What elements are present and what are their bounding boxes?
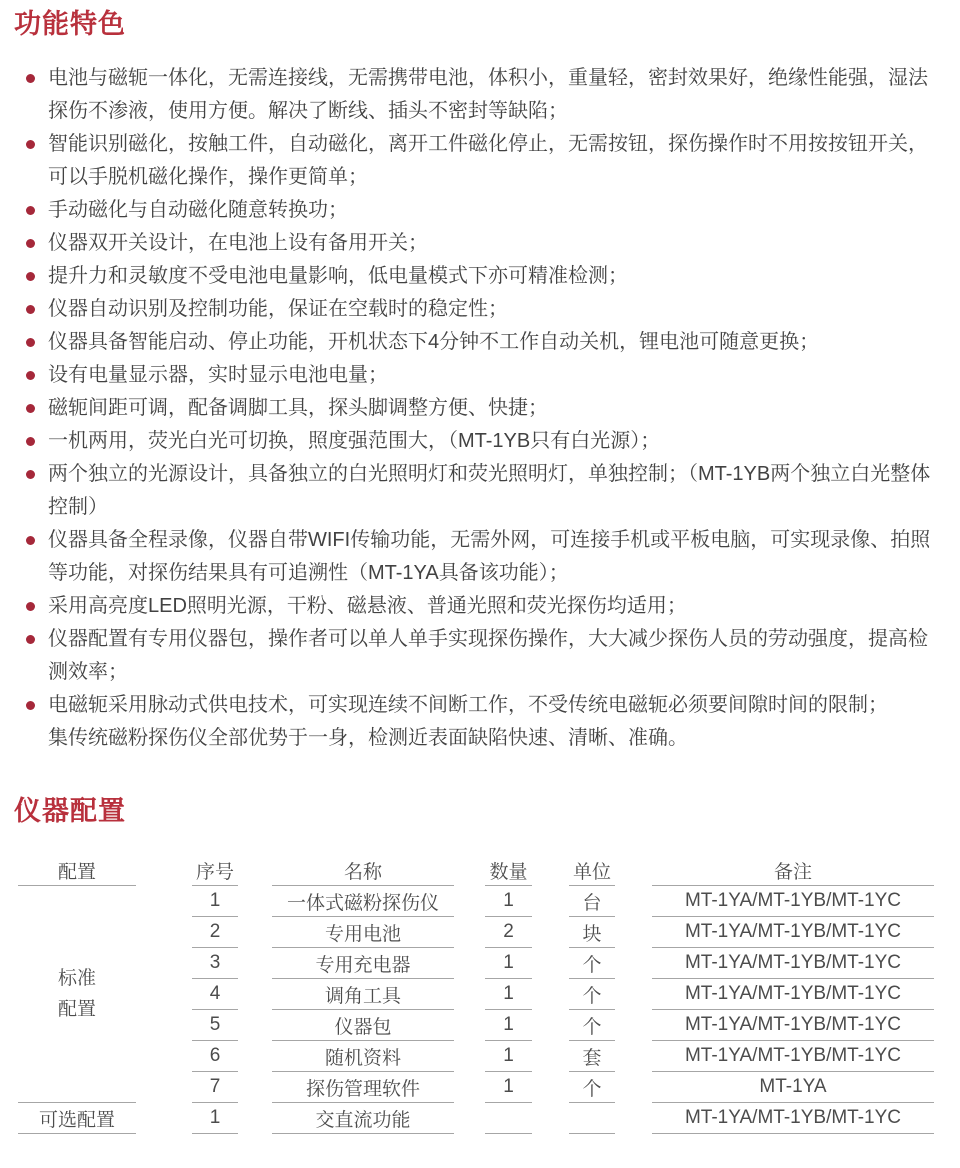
bullet-icon xyxy=(26,206,35,215)
table-cell: MT-1YA/MT-1YB/MT-1YC xyxy=(652,979,934,1010)
feature-item: 磁轭间距可调，配备调脚工具，探头脚调整方便、快捷； xyxy=(14,392,938,425)
bullet-icon xyxy=(26,74,35,83)
standard-config-group-cell: 标准 配置 xyxy=(18,886,136,1103)
configuration-title: 仪器配置 xyxy=(14,795,940,827)
table-cell: 个 xyxy=(569,1010,615,1041)
table-cell: 套 xyxy=(569,1041,615,1072)
table-cell: 1 xyxy=(485,1072,532,1103)
table-cell: MT-1YA/MT-1YB/MT-1YC xyxy=(652,1041,934,1072)
bullet-icon xyxy=(26,602,35,611)
feature-text: 仪器具备全程录像，仪器自带WIFI传输功能，无需外网，可连接手机或平板电脑，可实… xyxy=(48,524,938,590)
table-cell: MT-1YA/MT-1YB/MT-1YC xyxy=(652,948,934,979)
feature-item: 仪器具备全程录像，仪器自带WIFI传输功能，无需外网，可连接手机或平板电脑，可实… xyxy=(14,524,938,590)
table-cell: MT-1YA/MT-1YB/MT-1YC xyxy=(652,1103,934,1134)
header-name: 名称 xyxy=(272,855,454,886)
bullet-icon xyxy=(26,635,35,644)
table-cell: 交直流功能 xyxy=(272,1103,454,1134)
table-cell: 7 xyxy=(192,1072,238,1103)
feature-text: 采用高亮度LED照明光源，干粉、磁悬液、普通光照和荧光探伤均适用； xyxy=(48,590,938,623)
table-cell: 1 xyxy=(192,886,238,917)
feature-item: 仪器具备智能启动、停止功能，开机状态下4分钟不工作自动关机，锂电池可随意更换； xyxy=(14,326,938,359)
feature-text: 设有电量显示器，实时显示电池电量； xyxy=(48,359,938,392)
bullet-icon xyxy=(26,437,35,446)
table-cell: MT-1YA xyxy=(652,1072,934,1103)
feature-text: 两个独立的光源设计，具备独立的白光照明灯和荧光照明灯，单独控制；（MT-1YB两… xyxy=(48,458,938,524)
bullet-icon xyxy=(26,239,35,248)
table-cell: 随机资料 xyxy=(272,1041,454,1072)
bullet-icon xyxy=(26,470,35,479)
bullet-icon xyxy=(26,371,35,380)
feature-item: 电磁轭采用脉动式供电技术，可实现连续不间断工作，不受传统电磁轭必须要间隙时间的限… xyxy=(14,689,938,755)
header-unit: 单位 xyxy=(569,855,615,886)
feature-text: 电池与磁轭一体化，无需连接线，无需携带电池，体积小，重量轻，密封效果好，绝缘性能… xyxy=(48,62,938,128)
feature-text: 手动磁化与自动磁化随意转换功； xyxy=(48,194,938,227)
feature-text: 磁轭间距可调，配备调脚工具，探头脚调整方便、快捷； xyxy=(48,392,938,425)
table-cell: 5 xyxy=(192,1010,238,1041)
features-section: 功能特色 电池与磁轭一体化，无需连接线，无需携带电池，体积小，重量轻，密封效果好… xyxy=(14,8,940,755)
table-cell: 台 xyxy=(569,886,615,917)
table-cell: 专用充电器 xyxy=(272,948,454,979)
bullet-icon xyxy=(26,701,35,710)
header-remarks: 备注 xyxy=(652,855,934,886)
feature-item: 智能识别磁化，按触工件，自动磁化，离开工件磁化停止，无需按钮，探伤操作时不用按按… xyxy=(14,128,938,194)
table-cell: 4 xyxy=(192,979,238,1010)
table-cell: 1 xyxy=(485,1010,532,1041)
table-cell: 探伤管理软件 xyxy=(272,1072,454,1103)
table-cell xyxy=(569,1103,615,1134)
feature-text: 智能识别磁化，按触工件，自动磁化，离开工件磁化停止，无需按钮，探伤操作时不用按按… xyxy=(48,128,938,194)
table-cell: 专用电池 xyxy=(272,917,454,948)
feature-text: 仪器具备智能启动、停止功能，开机状态下4分钟不工作自动关机，锂电池可随意更换； xyxy=(48,326,938,359)
table-cell: 个 xyxy=(569,979,615,1010)
table-cell: 2 xyxy=(485,917,532,948)
feature-item: 两个独立的光源设计，具备独立的白光照明灯和荧光照明灯，单独控制；（MT-1YB两… xyxy=(14,458,938,524)
bullet-icon xyxy=(26,404,35,413)
configuration-table: 配置 序号 名称 数量 单位 备注 标准 配置 1 一体式磁粉探伤仪 1 台 M… xyxy=(18,855,940,1134)
table-cell: 个 xyxy=(569,948,615,979)
feature-text: 仪器双开关设计，在电池上设有备用开关； xyxy=(48,227,938,260)
feature-text: 一机两用，荧光白光可切换，照度强范围大，（MT-1YB只有白光源）； xyxy=(48,425,938,458)
table-cell: 仪器包 xyxy=(272,1010,454,1041)
feature-text: 仪器配置有专用仪器包，操作者可以单人单手实现探伤操作，大大减少探伤人员的劳动强度… xyxy=(48,623,938,689)
table-cell: 个 xyxy=(569,1072,615,1103)
table-cell: 6 xyxy=(192,1041,238,1072)
feature-item: 仪器配置有专用仪器包，操作者可以单人单手实现探伤操作，大大减少探伤人员的劳动强度… xyxy=(14,623,938,689)
table-cell: 块 xyxy=(569,917,615,948)
header-config-group: 配置 xyxy=(18,855,136,886)
feature-item: 电池与磁轭一体化，无需连接线，无需携带电池，体积小，重量轻，密封效果好，绝缘性能… xyxy=(14,62,938,128)
table-cell: 2 xyxy=(192,917,238,948)
feature-item: 采用高亮度LED照明光源，干粉、磁悬液、普通光照和荧光探伤均适用； xyxy=(14,590,938,623)
configuration-section: 仪器配置 配置 序号 名称 数量 单位 备注 标准 配置 1 一体式磁粉探伤仪 … xyxy=(14,795,940,1134)
optional-config-group-cell: 可选配置 xyxy=(18,1103,136,1134)
table-cell: MT-1YA/MT-1YB/MT-1YC xyxy=(652,917,934,948)
table-cell: 1 xyxy=(485,979,532,1010)
header-quantity: 数量 xyxy=(485,855,532,886)
bullet-icon xyxy=(26,305,35,314)
feature-text: 仪器自动识别及控制功能，保证在空载时的稳定性； xyxy=(48,293,938,326)
table-cell: 1 xyxy=(485,886,532,917)
table-cell: 1 xyxy=(485,1041,532,1072)
feature-item: 手动磁化与自动磁化随意转换功； xyxy=(14,194,938,227)
bullet-icon xyxy=(26,272,35,281)
header-serial-no: 序号 xyxy=(192,855,238,886)
table-cell: 调角工具 xyxy=(272,979,454,1010)
feature-item: 仪器双开关设计，在电池上设有备用开关； xyxy=(14,227,938,260)
table-cell: MT-1YA/MT-1YB/MT-1YC xyxy=(652,886,934,917)
page: 功能特色 电池与磁轭一体化，无需连接线，无需携带电池，体积小，重量轻，密封效果好… xyxy=(0,0,960,1134)
table-cell: 3 xyxy=(192,948,238,979)
bullet-icon xyxy=(26,338,35,347)
feature-item: 一机两用，荧光白光可切换，照度强范围大，（MT-1YB只有白光源）； xyxy=(14,425,938,458)
features-title: 功能特色 xyxy=(14,8,940,40)
features-list: 电池与磁轭一体化，无需连接线，无需携带电池，体积小，重量轻，密封效果好，绝缘性能… xyxy=(14,62,938,755)
table-cell: 1 xyxy=(192,1103,238,1134)
feature-item: 仪器自动识别及控制功能，保证在空载时的稳定性； xyxy=(14,293,938,326)
table-cell: MT-1YA/MT-1YB/MT-1YC xyxy=(652,1010,934,1041)
feature-text: 电磁轭采用脉动式供电技术，可实现连续不间断工作，不受传统电磁轭必须要间隙时间的限… xyxy=(48,689,938,755)
table-cell: 一体式磁粉探伤仪 xyxy=(272,886,454,917)
feature-item: 提升力和灵敏度不受电池电量影响，低电量模式下亦可精准检测； xyxy=(14,260,938,293)
table-cell xyxy=(485,1103,532,1134)
bullet-icon xyxy=(26,536,35,545)
feature-text: 提升力和灵敏度不受电池电量影响，低电量模式下亦可精准检测； xyxy=(48,260,938,293)
bullet-icon xyxy=(26,140,35,149)
feature-item: 设有电量显示器，实时显示电池电量； xyxy=(14,359,938,392)
table-cell: 1 xyxy=(485,948,532,979)
